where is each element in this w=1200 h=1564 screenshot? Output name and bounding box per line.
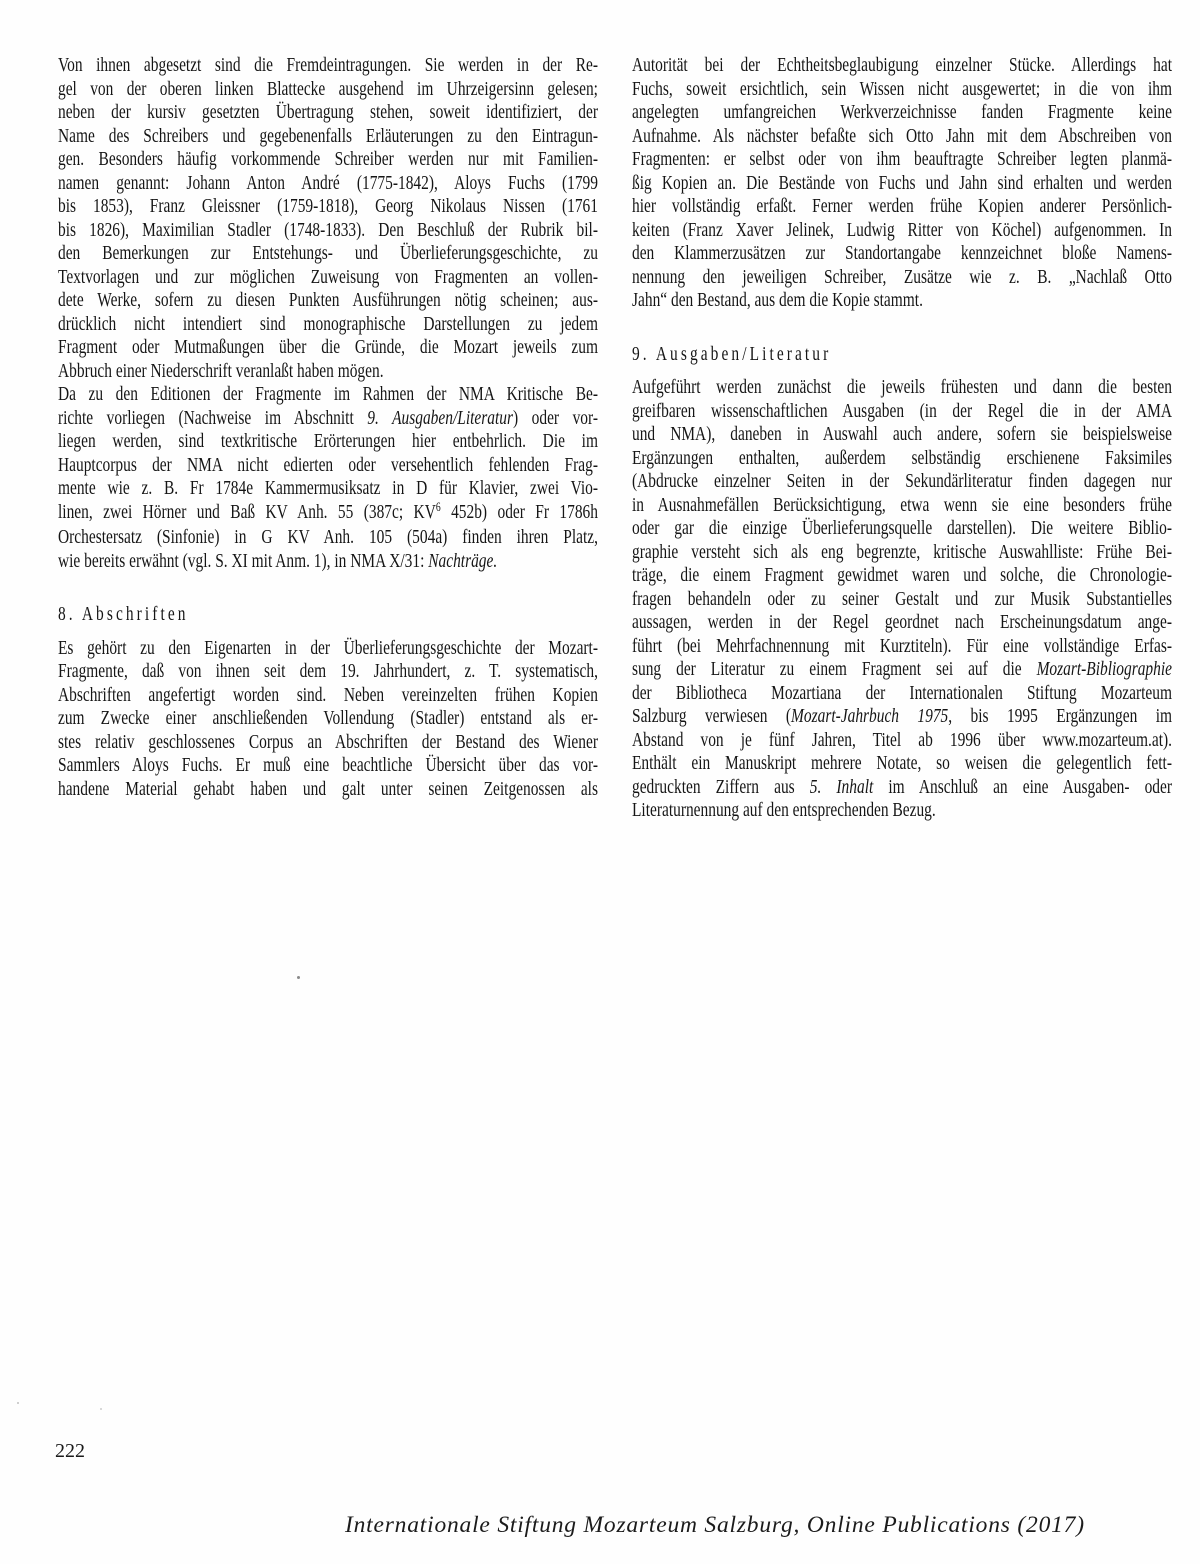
text-line: Sammlers Aloys Fuchs. Er muß eine beacht… — [58, 754, 598, 778]
text-segment: Ergänzungen enthalten, außerdem selbstän… — [632, 447, 1172, 469]
text-segment: greifbaren wissenschaftlichen Ausgaben (… — [632, 400, 1172, 422]
scan-speck — [297, 976, 300, 979]
text-line: Hauptcorpus der NMA nicht edierten oder … — [58, 454, 598, 478]
text-segment: (Abdrucke einzelner Seiten in der Sekund… — [632, 470, 1172, 492]
text-line: dete Werke, sofern zu diesen Punkten Aus… — [58, 289, 598, 313]
text-segment: Jahn“ den Bestand, aus dem die Kopie sta… — [632, 289, 923, 311]
text-line: gen. Besonders häufig vorkommende Schrei… — [58, 148, 598, 172]
text-line: drücklich nicht intendiert sind monograp… — [58, 313, 598, 337]
text-line: linen, zwei Hörner und Baß KV Anh. 55 (3… — [58, 501, 598, 527]
paragraph: Autorität bei der Echtheitsbeglaubigung … — [632, 54, 1172, 313]
text-line: nennung den jeweiligen Schreiber, Zusätz… — [632, 266, 1172, 290]
scan-speck — [17, 1402, 19, 1404]
text-line: in Ausnahmefällen Berücksichtigung, etwa… — [632, 494, 1172, 518]
text-line: gedruckten Ziffern aus 5. Inhalt im Ansc… — [632, 776, 1172, 800]
text-line: Fragmente, daß von ihnen seit dem 19. Ja… — [58, 660, 598, 684]
text-line: führt (bei Mehrfachnennung mit Kurztitel… — [632, 635, 1172, 659]
paragraph: Es gehört zu den Eigenarten in der Überl… — [58, 637, 598, 802]
text-line: fragen behandeln oder zu seiner Gestalt … — [632, 588, 1172, 612]
text-segment: drücklich nicht intendiert sind monograp… — [58, 313, 598, 335]
text-line: mente wie z. B. Fr 1784e Kammermusiksatz… — [58, 477, 598, 501]
text-line: Literaturnennung auf den entsprechenden … — [632, 799, 1172, 823]
text-segment: im Anschluß an eine Ausgaben- oder — [873, 776, 1172, 798]
text-line: greifbaren wissenschaftlichen Ausgaben (… — [632, 400, 1172, 424]
text-segment: 452b) oder Fr 1786h — [441, 501, 598, 523]
text-line: Fuchs, soweit ersichtlich, sein Wissen n… — [632, 78, 1172, 102]
text-segment: dete Werke, sofern zu diesen Punkten Aus… — [58, 289, 598, 311]
right-column-wrap: Autorität bei der Echtheitsbeglaubigung … — [632, 54, 1172, 823]
text-segment: Name des Schreibers und gegebenenfalls E… — [58, 125, 598, 147]
text-segment: Fragment oder Mutmaßungen über die Gründ… — [58, 336, 598, 358]
text-segment: stes relativ geschlossenes Corpus an Abs… — [58, 731, 598, 753]
text-segment: Nachträge. — [428, 550, 497, 572]
paragraph: Da zu den Editionen der Fragmente im Rah… — [58, 383, 598, 573]
page-number: 222 — [55, 1440, 85, 1463]
text-line: (Abdrucke einzelner Seiten in der Sekund… — [632, 470, 1172, 494]
text-segment: Enthält ein Manuskript mehrere Notate, s… — [632, 752, 1172, 774]
text-segment: richte vorliegen (Nachweise im Abschnitt — [58, 407, 367, 429]
text-line: oder gar die einzige Überlieferungsquell… — [632, 517, 1172, 541]
text-segment: bis 1826), Maximilian Stadler (1748-1833… — [58, 219, 598, 241]
text-line: Ergänzungen enthalten, außerdem selbstän… — [632, 447, 1172, 471]
text-segment: angelegten umfangreichen Werkverzeichnis… — [632, 101, 1172, 123]
section-heading: 9. Ausgaben/Literatur — [632, 343, 1172, 367]
text-segment: Fragmenten: er selbst oder von ihm beauf… — [632, 148, 1172, 170]
text-segment: Textvorlagen und zur möglichen Zuweisung… — [58, 266, 598, 288]
text-segment: , bis 1995 Ergänzungen im — [948, 705, 1172, 727]
text-segment: führt (bei Mehrfachnennung mit Kurztitel… — [632, 635, 1172, 657]
text-line: Abbruch einer Niederschrift veranlaßt ha… — [58, 360, 598, 384]
left-column-wrap: Von ihnen abgesetzt sind die Fremdeintra… — [58, 54, 598, 823]
text-segment: und NMA), daneben in Auswahl auch andere… — [632, 423, 1172, 445]
text-segment: Abstand von je fünf Jahren, Titel ab 199… — [632, 729, 1172, 751]
text-segment: Mozart-Bibliographie — [1037, 658, 1172, 680]
text-segment: Mozart-Jahrbuch 1975 — [791, 705, 948, 727]
text-segment: Abschriften angefertigt worden sind. Neb… — [58, 684, 598, 706]
text-line: den Bemerkungen zur Entstehungs- und Übe… — [58, 242, 598, 266]
scanned-page: Von ihnen abgesetzt sind die Fremdeintra… — [0, 0, 1200, 1564]
text-segment: Salzburg verwiesen ( — [632, 705, 791, 727]
text-line: Da zu den Editionen der Fragmente im Rah… — [58, 383, 598, 407]
text-segment: Fragmente, daß von ihnen seit dem 19. Ja… — [58, 660, 598, 682]
text-segment: graphie versteht sich als eng begrenzte,… — [632, 541, 1172, 563]
text-segment: Aufnahme. Als nächster befaßte sich Otto… — [632, 125, 1172, 147]
text-line: Abstand von je fünf Jahren, Titel ab 199… — [632, 729, 1172, 753]
text-segment: den Klammerzusätzen zur Standortangabe k… — [632, 242, 1172, 264]
text-line: zum Zwecke einer anschließenden Vollendu… — [58, 707, 598, 731]
text-line: ßig Kopien an. Die Bestände von Fuchs un… — [632, 172, 1172, 196]
text-line: sung der Literatur zu einem Fragment sei… — [632, 658, 1172, 682]
text-segment: keiten (Franz Xaver Jelinek, Ludwig Ritt… — [632, 219, 1172, 241]
text-line: handene Material gehabt haben und galt u… — [58, 778, 598, 802]
text-line: gel von der oberen linken Blattecke ausg… — [58, 78, 598, 102]
text-segment: Sammlers Aloys Fuchs. Er muß eine beacht… — [58, 754, 598, 776]
text-segment: ßig Kopien an. Die Bestände von Fuchs un… — [632, 172, 1172, 194]
text-line: Fragmenten: er selbst oder von ihm beauf… — [632, 148, 1172, 172]
text-line: Orchestersatz (Sinfonie) in G KV Anh. 10… — [58, 526, 598, 550]
text-line: träge, die einem Fragment gewidmet waren… — [632, 564, 1172, 588]
text-line: wie bereits erwähnt (vgl. S. XI mit Anm.… — [58, 550, 598, 574]
text-segment: handene Material gehabt haben und galt u… — [58, 778, 598, 800]
text-segment: Von ihnen abgesetzt sind die Fremdeintra… — [58, 54, 598, 76]
text-content: Von ihnen abgesetzt sind die Fremdeintra… — [58, 54, 1172, 823]
text-segment: gel von der oberen linken Blattecke ausg… — [58, 78, 598, 100]
text-segment: bis 1853), Franz Gleissner (1759-1818), … — [58, 195, 598, 217]
text-line: Autorität bei der Echtheitsbeglaubigung … — [632, 54, 1172, 78]
text-segment: hier vollständig erfaßt. Ferner werden f… — [632, 195, 1172, 217]
text-segment: mente wie z. B. Fr 1784e Kammermusiksatz… — [58, 477, 598, 499]
text-segment: nennung den jeweiligen Schreiber, Zusätz… — [632, 266, 1172, 288]
text-segment: sung der Literatur zu einem Fragment sei… — [632, 658, 1037, 680]
text-segment: fragen behandeln oder zu seiner Gestalt … — [632, 588, 1172, 610]
scan-speck — [100, 1408, 102, 1410]
text-segment: wie bereits erwähnt (vgl. S. XI mit Anm.… — [58, 550, 428, 572]
text-line: hier vollständig erfaßt. Ferner werden f… — [632, 195, 1172, 219]
section-heading: 8. Abschriften — [58, 603, 598, 627]
text-line: liegen werden, sind textkritische Erörte… — [58, 430, 598, 454]
text-segment: oder gar die einzige Überlieferungsquell… — [632, 517, 1172, 539]
text-line: Fragment oder Mutmaßungen über die Gründ… — [58, 336, 598, 360]
column-left: Von ihnen abgesetzt sind die Fremdeintra… — [58, 54, 598, 801]
text-segment: Hauptcorpus der NMA nicht edierten oder … — [58, 454, 598, 476]
text-segment: liegen werden, sind textkritische Erörte… — [58, 430, 598, 452]
text-line: der Bibliotheca Mozartiana der Internati… — [632, 682, 1172, 706]
text-segment: linen, zwei Hörner und Baß KV Anh. 55 (3… — [58, 501, 436, 523]
text-segment: träge, die einem Fragment gewidmet waren… — [632, 564, 1172, 586]
text-segment: aussagen, werden in der Regel geordnet n… — [632, 611, 1172, 633]
text-segment: in Ausnahmefällen Berücksichtigung, etwa… — [632, 494, 1172, 516]
text-segment: Fuchs, soweit ersichtlich, sein Wissen n… — [632, 78, 1172, 100]
text-line: Es gehört zu den Eigenarten in der Überl… — [58, 637, 598, 661]
text-line: namen genannt: Johann Anton André (1775-… — [58, 172, 598, 196]
text-segment: ) oder vor- — [513, 407, 598, 429]
text-line: Salzburg verwiesen (Mozart-Jahrbuch 1975… — [632, 705, 1172, 729]
footer-publication-line: Internationale Stiftung Mozarteum Salzbu… — [345, 1512, 1085, 1539]
text-segment: Literaturnennung auf den entsprechenden … — [632, 799, 936, 821]
text-segment: Aufgeführt werden zunächst die jeweils f… — [632, 376, 1172, 398]
text-segment: 9. Ausgaben/Literatur — [367, 407, 513, 429]
text-line: Jahn“ den Bestand, aus dem die Kopie sta… — [632, 289, 1172, 313]
text-line: neben der kursiv gesetzten Übertragung s… — [58, 101, 598, 125]
text-segment: zum Zwecke einer anschließenden Vollendu… — [58, 707, 598, 729]
text-line: Von ihnen abgesetzt sind die Fremdeintra… — [58, 54, 598, 78]
text-segment: Abbruch einer Niederschrift veranlaßt ha… — [58, 360, 384, 382]
text-segment: Autorität bei der Echtheitsbeglaubigung … — [632, 54, 1172, 76]
text-segment: 5. Inhalt — [810, 776, 874, 798]
text-line: bis 1826), Maximilian Stadler (1748-1833… — [58, 219, 598, 243]
text-line: Aufgeführt werden zunächst die jeweils f… — [632, 376, 1172, 400]
paragraph: Von ihnen abgesetzt sind die Fremdeintra… — [58, 54, 598, 383]
text-line: aussagen, werden in der Regel geordnet n… — [632, 611, 1172, 635]
text-segment: den Bemerkungen zur Entstehungs- und Übe… — [58, 242, 598, 264]
text-line: richte vorliegen (Nachweise im Abschnitt… — [58, 407, 598, 431]
text-line: Name des Schreibers und gegebenenfalls E… — [58, 125, 598, 149]
text-segment: 6 — [436, 500, 441, 514]
text-segment: gedruckten Ziffern aus — [632, 776, 810, 798]
column-right: Autorität bei der Echtheitsbeglaubigung … — [632, 54, 1172, 823]
text-line: bis 1853), Franz Gleissner (1759-1818), … — [58, 195, 598, 219]
text-segment: Es gehört zu den Eigenarten in der Überl… — [58, 637, 598, 659]
text-segment: Da zu den Editionen der Fragmente im Rah… — [58, 383, 598, 405]
text-line: graphie versteht sich als eng begrenzte,… — [632, 541, 1172, 565]
text-line: Abschriften angefertigt worden sind. Neb… — [58, 684, 598, 708]
text-line: Textvorlagen und zur möglichen Zuweisung… — [58, 266, 598, 290]
text-line: keiten (Franz Xaver Jelinek, Ludwig Ritt… — [632, 219, 1172, 243]
text-segment: gen. Besonders häufig vorkommende Schrei… — [58, 148, 598, 170]
text-line: und NMA), daneben in Auswahl auch andere… — [632, 423, 1172, 447]
text-segment: namen genannt: Johann Anton André (1775-… — [58, 172, 598, 194]
text-line: angelegten umfangreichen Werkverzeichnis… — [632, 101, 1172, 125]
text-line: Aufnahme. Als nächster befaßte sich Otto… — [632, 125, 1172, 149]
text-line: Enthält ein Manuskript mehrere Notate, s… — [632, 752, 1172, 776]
text-segment: neben der kursiv gesetzten Übertragung s… — [58, 101, 598, 123]
text-line: stes relativ geschlossenes Corpus an Abs… — [58, 731, 598, 755]
text-line: den Klammerzusätzen zur Standortangabe k… — [632, 242, 1172, 266]
paragraph: Aufgeführt werden zunächst die jeweils f… — [632, 376, 1172, 823]
text-segment: der Bibliotheca Mozartiana der Internati… — [632, 682, 1172, 704]
text-segment: Orchestersatz (Sinfonie) in G KV Anh. 10… — [58, 526, 598, 548]
